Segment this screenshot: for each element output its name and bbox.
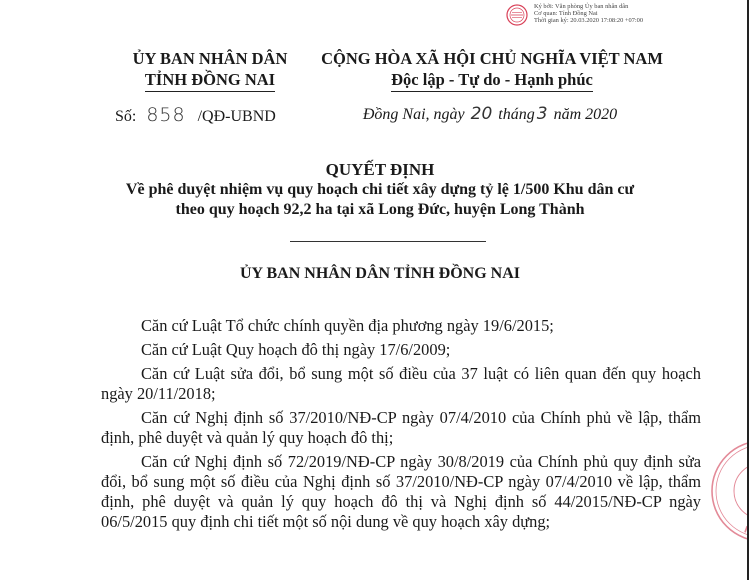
digital-signature-badge: Ký bởi: Văn phòng Ủy ban nhân dân Cơ qua…	[506, 3, 643, 26]
official-stamp-icon: ỦY BAN NHÂN DÂN	[707, 436, 749, 546]
date-month-label: tháng	[498, 106, 534, 123]
date-month: 3	[537, 104, 548, 124]
issuer-line1: ỦY BAN NHÂN DÂN	[110, 48, 310, 69]
document-number: Số:858/QĐ-UBND	[115, 104, 276, 126]
issuer-line2: TỈNH ĐỒNG NAI	[145, 69, 275, 92]
red-seal-icon	[506, 4, 528, 26]
signature-signer: Ký bởi: Văn phòng Ủy ban nhân dân	[534, 3, 643, 10]
date-year: năm 2020	[554, 106, 618, 123]
title-divider	[290, 241, 486, 242]
nation-line: CỘNG HÒA XÃ HỘI CHỦ NGHĨA VIỆT NAM	[302, 48, 682, 69]
date-prefix: Đồng Nai, ngày	[363, 106, 465, 123]
decision-title: QUYẾT ĐỊNH Về phê duyệt nhiệm vụ quy hoạ…	[60, 160, 700, 220]
document-date: Đồng Nai, ngày 20 tháng3 năm 2020	[300, 104, 680, 124]
authority-heading: ỦY BAN NHÂN DÂN TỈNH ĐỒNG NAI	[60, 265, 700, 283]
motto: Độc lập - Tự do - Hạnh phúc	[391, 69, 593, 92]
legal-basis-item: Căn cứ Luật sửa đổi, bổ sung một số điều…	[101, 364, 701, 404]
legal-basis-item: Căn cứ Luật Tổ chức chính quyền địa phươ…	[101, 316, 701, 336]
date-day: 20	[471, 104, 493, 124]
nation-header: CỘNG HÒA XÃ HỘI CHỦ NGHĨA VIỆT NAM Độc l…	[302, 48, 682, 92]
decision-subject-line2: theo quy hoạch 92,2 ha tại xã Long Đức, …	[60, 200, 700, 220]
decision-subject-line1: Về phê duyệt nhiệm vụ quy hoạch chi tiết…	[60, 180, 700, 200]
number-label: Số:	[115, 108, 136, 125]
number-suffix: /QĐ-UBND	[198, 108, 276, 125]
signature-time: Thời gian ký: 20.03.2020 17:08:20 +07:00	[534, 17, 643, 24]
decision-heading: QUYẾT ĐỊNH	[60, 160, 700, 180]
legal-basis-item: Căn cứ Nghị định số 72/2019/NĐ-CP ngày 3…	[101, 452, 701, 532]
legal-basis-item: Căn cứ Luật Quy hoạch đô thị ngày 17/6/2…	[101, 340, 701, 360]
legal-basis-item: Căn cứ Nghị định số 37/2010/NĐ-CP ngày 0…	[101, 408, 701, 448]
number-value: 858	[146, 104, 185, 126]
issuer-header: ỦY BAN NHÂN DÂN TỈNH ĐỒNG NAI	[110, 48, 310, 92]
legal-basis-list: Căn cứ Luật Tổ chức chính quyền địa phươ…	[101, 316, 701, 536]
signature-agency: Cơ quan: Tỉnh Đồng Nai	[534, 10, 643, 17]
document-page: Ký bởi: Văn phòng Ủy ban nhân dân Cơ qua…	[0, 0, 749, 580]
